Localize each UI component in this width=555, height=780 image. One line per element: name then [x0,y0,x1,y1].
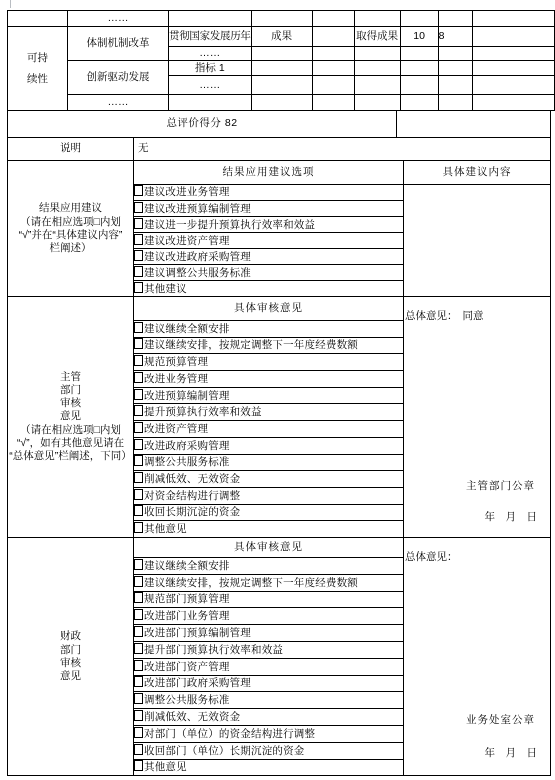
empty-cell [400,95,438,111]
option-label: 收回部门（单位）长期沉淀的资金 [144,745,305,757]
empty-cell [354,76,400,95]
empty-cell [251,76,312,95]
checkbox-icon[interactable] [134,185,143,196]
empty-cell [400,61,438,76]
option-label: 削减低效、无效资金 [144,711,240,723]
option-label: 改进政府采购管理 [144,440,230,452]
option-label: 提升预算执行效率和效益 [144,406,262,418]
option-label: 提升部门预算执行效率和效益 [144,644,283,656]
empty-cell [251,95,312,111]
indicator-table: …… 可持 续性 体制机制改革 贯彻国家发展历年 成果 取得成果 10 8 ……… [7,10,555,111]
option-label: 调整公共服务标准 [144,456,230,468]
empty-cell [397,111,551,138]
subcategory-ellipsis: …… [68,11,169,27]
checkbox-icon[interactable] [134,576,143,587]
overall-opinion: 总体意见： [405,551,463,564]
category-sustainability: 可持 续性 [8,27,68,111]
empty-cell [8,11,68,27]
checkbox-icon[interactable] [134,389,143,400]
explain-value: 无 [134,138,551,161]
option-label: 改进部门资产管理 [144,661,230,673]
checkbox-icon[interactable] [134,250,143,261]
supervisor-seal-line: 主管部门公章 [466,480,535,493]
checkbox-icon[interactable] [134,693,143,704]
option-row: 改进资产管理 [134,421,404,438]
option-row: 建议继续全额安排 [134,558,404,575]
empty-cell [312,27,354,47]
empty-cell [472,47,554,61]
checkbox-icon[interactable] [134,355,143,366]
option-label: 改进资产管理 [144,423,208,435]
empty-cell [354,95,400,111]
empty-cell [438,47,472,61]
option-label: 规范预算管理 [144,356,208,368]
option-label: 建议调整公共服务标准 [144,267,251,279]
empty-cell [251,61,312,76]
checkbox-icon[interactable] [134,218,143,229]
option-label: 调整公共服务标准 [144,694,230,706]
result-apply-content-header: 具体建议内容 [404,161,551,185]
option-row: 建议继续安排，按规定调整下一年度经费数额 [134,574,404,591]
result-apply-options-header: 结果应用建议选项 [134,161,404,185]
option-row: 改进政府采购管理 [134,437,404,454]
result-apply-label: 结果应用建议 （请在相应选项□内划 “√”并在“具体建议内容” 栏阐述） [8,161,134,297]
checkbox-icon[interactable] [134,522,143,533]
option-row: 建议改进资产管理 [134,233,404,249]
subcategory-ellipsis: …… [68,95,169,111]
checkbox-icon[interactable] [134,405,143,416]
option-row: 建议进一步提升预算执行效率和效益 [134,217,404,233]
option-label: 建议改进资产管理 [144,235,230,247]
empty-cell [169,95,252,111]
empty-cell [312,95,354,111]
option-label: 建议改进业务管理 [144,186,230,198]
supervisor-section: 主管 部门 审核 意见 （请在相应选项□内划 “√”，如有其他意见请在 “总体意… [7,296,551,538]
option-row: 改进部门预算编制管理 [134,625,404,642]
empty-cell [438,95,472,111]
option-row: 其他建议 [134,281,404,297]
checkbox-icon[interactable] [134,626,143,637]
checkbox-icon[interactable] [134,559,143,570]
empty-cell [169,11,252,27]
option-label: 其他意见 [144,523,187,535]
option-label: 建议改进政府采购管理 [144,251,251,263]
option-row: 建议继续全额安排 [134,321,404,338]
empty-cell [354,11,400,27]
option-row: 改进部门资产管理 [134,658,404,675]
checkbox-icon[interactable] [134,660,143,671]
option-row: 调整公共服务标准 [134,692,404,709]
option-label: 规范部门预算管理 [144,593,230,605]
option-label: 改进部门业务管理 [144,610,230,622]
empty-cell [354,61,400,76]
option-row: 改进预算编制管理 [134,387,404,404]
finance-overall-panel: 总体意见： 业务处室公章 年 月 日 [404,538,551,776]
page-edge-artifact [10,0,11,8]
checkbox-icon[interactable] [134,710,143,721]
option-label: 建议继续安排，按规定调整下一年度经费数额 [144,577,358,589]
empty-cell [400,11,438,27]
option-row: 其他意见 [134,521,404,538]
score-got-value: 8 [438,27,472,47]
option-label: 对资金结构进行调整 [144,490,240,502]
supervisor-options-header: 具体审核意见 [134,297,404,321]
option-label: 改进业务管理 [144,373,208,385]
indicator-name: 贯彻国家发展历年 [169,27,252,47]
option-row: 对资金结构进行调整 [134,487,404,504]
total-score: 总评价得分 82 [8,111,397,138]
empty-cell [472,61,554,76]
empty-cell [251,47,312,61]
option-row: 改进业务管理 [134,371,404,388]
indicator-1: 指标 1 [169,61,252,76]
option-row: 削减低效、无效资金 [134,709,404,726]
score-full-value: 10 [400,27,438,47]
subcategory-innovation: 创新驱动发展 [68,61,169,95]
option-row: 规范部门预算管理 [134,591,404,608]
checkbox-icon[interactable] [134,266,143,277]
empty-cell [472,95,554,111]
empty-cell [312,61,354,76]
overall-opinion-label: 总体意见： [405,310,458,322]
supervisor-label: 主管 部门 审核 意见 （请在相应选项□内划 “√”，如有其他意见请在 “总体意… [8,297,134,538]
overall-opinion-value: 同意 [463,310,484,322]
option-label: 改进部门预算编制管理 [144,627,251,639]
finance-seal-line: 业务处室公章 [466,714,535,727]
option-row: 建议改进业务管理 [134,185,404,201]
option-row: 规范预算管理 [134,354,404,371]
overall-opinion: 总体意见：同意 [405,310,484,323]
checkbox-icon[interactable] [134,489,143,500]
subcategory-reform: 体制机制改革 [68,27,169,61]
option-label: 建议继续全额安排 [144,560,230,572]
option-row: 建议继续安排，按规定调整下一年度经费数额 [134,337,404,354]
overall-opinion-label: 总体意见： [405,551,458,563]
checkbox-icon[interactable] [134,202,143,213]
empty-cell [438,11,472,27]
option-label: 改进预算编制管理 [144,390,230,402]
empty-cell [312,47,354,61]
option-row: 改进部门政府采购管理 [134,675,404,692]
empty-cell [312,11,354,27]
finance-label: 财政 部门 审核 意见 [8,538,134,776]
empty-cell [438,61,472,76]
checkbox-icon[interactable] [134,282,143,293]
empty-cell [472,76,554,95]
option-label: 削减低效、无效资金 [144,473,240,485]
option-label: 建议改进预算编制管理 [144,203,251,215]
indicator-ellipsis: …… [169,76,252,95]
option-label: 其他意见 [144,761,187,773]
indicator-result: 成果 [251,27,312,47]
empty-cell [472,11,554,27]
option-row: 收回部门（单位）长期沉淀的资金 [134,742,404,759]
option-row: 对部门（单位）的资金结构进行调整 [134,725,404,742]
option-label: 其他建议 [144,283,187,295]
checkbox-icon[interactable] [134,455,143,466]
option-row: 提升部门预算执行效率和效益 [134,641,404,658]
checkbox-icon[interactable] [134,372,143,383]
finance-section: 财政 部门 审核 意见 具体审核意见 总体意见： 业务处室公章 年 月 日 建议… [7,537,551,776]
result-apply-section: 结果应用建议 （请在相应选项□内划 “√”并在“具体建议内容” 栏阐述） 结果应… [7,160,551,297]
indicator-achievement: 取得成果 [354,27,400,47]
checkbox-icon[interactable] [134,643,143,654]
option-label: 改进部门政府采购管理 [144,677,251,689]
option-row: 削减低效、无效资金 [134,471,404,488]
form-page: …… 可持 续性 体制机制改革 贯彻国家发展历年 成果 取得成果 10 8 ……… [0,0,555,780]
empty-cell [354,47,400,61]
option-label: 建议继续全额安排 [144,323,230,335]
checkbox-icon[interactable] [134,727,143,738]
indicator-ellipsis: …… [169,47,252,61]
option-row: 建议调整公共服务标准 [134,265,404,281]
checkbox-icon[interactable] [134,322,143,333]
option-row: 收回长期沉淀的资金 [134,504,404,521]
empty-cell [251,11,312,27]
checkbox-icon[interactable] [134,676,143,687]
finance-date-line: 年 月 日 [485,747,538,760]
option-label: 建议进一步提升预算执行效率和效益 [144,219,315,231]
option-row: 提升预算执行效率和效益 [134,404,404,421]
checkbox-icon[interactable] [134,505,143,516]
option-label: 收回长期沉淀的资金 [144,506,240,518]
checkbox-icon[interactable] [134,744,143,755]
score-table: 总评价得分 82 说明 无 [7,110,551,161]
checkbox-icon[interactable] [134,338,143,349]
option-row: 调整公共服务标准 [134,454,404,471]
checkbox-icon[interactable] [134,760,143,771]
checkbox-icon[interactable] [134,439,143,450]
supervisor-date-line: 年 月 日 [485,511,538,524]
checkbox-icon[interactable] [134,422,143,433]
content-input-area[interactable] [404,185,551,297]
option-row: 改进部门业务管理 [134,608,404,625]
option-label: 建议继续安排，按规定调整下一年度经费数额 [144,339,358,351]
checkbox-icon[interactable] [134,234,143,245]
option-row: 其他意见 [134,759,404,776]
empty-cell [400,47,438,61]
option-row: 建议改进预算编制管理 [134,201,404,217]
finance-options-header: 具体审核意见 [134,538,404,558]
option-label: 对部门（单位）的资金结构进行调整 [144,728,315,740]
option-row: 建议改进政府采购管理 [134,249,404,265]
empty-cell [472,27,554,47]
empty-cell [438,76,472,95]
supervisor-overall-panel: 总体意见：同意 主管部门公章 年 月 日 [404,297,551,538]
empty-cell [312,76,354,95]
checkbox-icon[interactable] [134,592,143,603]
checkbox-icon[interactable] [134,609,143,620]
empty-cell [400,76,438,95]
checkbox-icon[interactable] [134,472,143,483]
explain-label: 说明 [8,138,134,161]
